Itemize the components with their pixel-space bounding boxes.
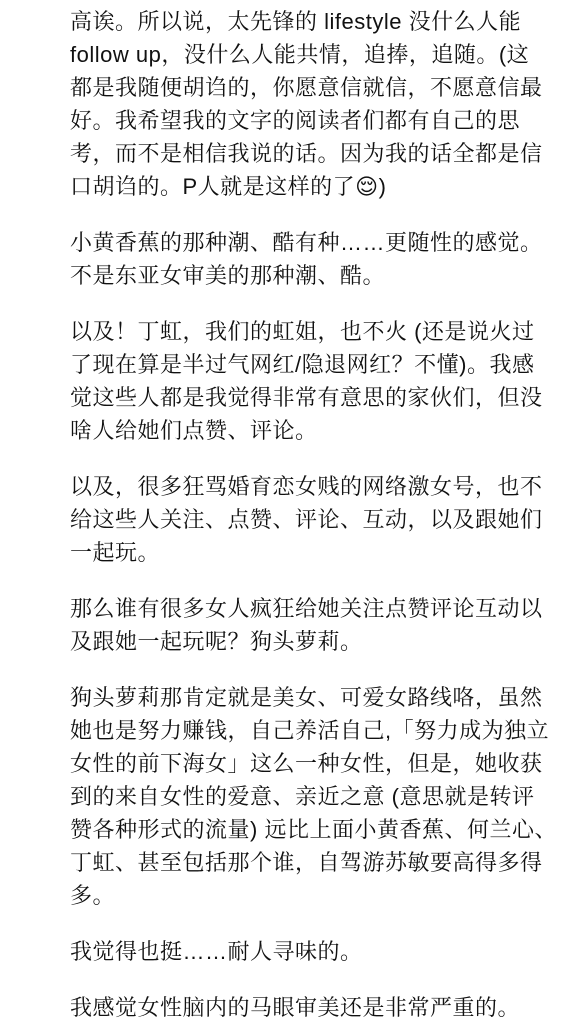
text-line: 狗头萝莉那肯定就是美女、可爱女路线咯，虽然: [70, 681, 567, 714]
paragraph: 以及！丁虹，我们的虹姐，也不火 (还是说火过了现在算是半过气网红/隐退网红？不懂…: [70, 315, 567, 447]
text-line: 一起玩。: [70, 536, 567, 569]
text-line: 不是东亚女审美的那种潮、酷。: [70, 259, 567, 292]
text-line: 都是我随便胡诌的，你愿意信就信，不愿意信最: [70, 71, 567, 104]
text-line: 啥人给她们点赞、评论。: [70, 414, 567, 447]
text-line: 及跟她一起玩呢？狗头萝莉。: [70, 625, 567, 658]
text-line: 那么谁有很多女人疯狂给她关注点赞评论互动以: [70, 592, 567, 625]
text-line: 给这些人关注、点赞、评论、互动，以及跟她们: [70, 503, 567, 536]
text-line: 女性的前下海女」这么一种女性，但是，她收获: [70, 747, 567, 780]
text-line: 以及！丁虹，我们的虹姐，也不火 (还是说火过: [70, 315, 567, 348]
paragraph: 高诶。所以说，太先锋的 lifestyle 没什么人能follow up，没什么…: [70, 5, 567, 203]
text-line: 我感觉女性脑内的马眼审美还是非常严重的。: [70, 991, 567, 1024]
paragraph: 以及，很多狂骂婚育恋女贱的网络激女号，也不给这些人关注、点赞、评论、互动，以及跟…: [70, 470, 567, 569]
text-line: 她也是努力赚钱，自己养活自己,「努力成为独立: [70, 714, 567, 747]
text-line: follow up，没什么人能共情，追捧，追随。(这: [70, 38, 567, 71]
text-line: 觉这些人都是我觉得非常有意思的家伙们，但没: [70, 381, 567, 414]
paragraph: 小黄香蕉的那种潮、酷有种……更随性的感觉。不是东亚女审美的那种潮、酷。: [70, 226, 567, 292]
paragraph: 狗头萝莉那肯定就是美女、可爱女路线咯，虽然她也是努力赚钱，自己养活自己,「努力成…: [70, 681, 567, 912]
text-line: 赞各种形式的流量) 远比上面小黄香蕉、何兰心、: [70, 813, 567, 846]
text-line: 小黄香蕉的那种潮、酷有种……更随性的感觉。: [70, 226, 567, 259]
text-line: 到的来自女性的爱意、亲近之意 (意思就是转评: [70, 780, 567, 813]
text-line: 丁虹、甚至包括那个谁，自驾游苏敏要高得多得: [70, 846, 567, 879]
text-line: 考，而不是相信我说的话。因为我的话全都是信: [70, 137, 567, 170]
text-line: 多。: [70, 879, 567, 912]
paragraph: 那么谁有很多女人疯狂给她关注点赞评论互动以及跟她一起玩呢？狗头萝莉。: [70, 592, 567, 658]
text-line: 以及，很多狂骂婚育恋女贱的网络激女号，也不: [70, 470, 567, 503]
text-line: 了现在算是半过气网红/隐退网红？不懂)。我感: [70, 348, 567, 381]
text-line: 口胡诌的。P人就是这样的了😌): [70, 170, 567, 203]
text-line: 好。我希望我的文字的阅读者们都有自己的思: [70, 104, 567, 137]
paragraph: 我觉得也挺……耐人寻味的。: [70, 935, 567, 968]
paragraph: 我感觉女性脑内的马眼审美还是非常严重的。: [70, 991, 567, 1024]
article-body: 高诶。所以说，太先锋的 lifestyle 没什么人能follow up，没什么…: [0, 0, 569, 1024]
text-line: 高诶。所以说，太先锋的 lifestyle 没什么人能: [70, 5, 567, 38]
text-line: 我觉得也挺……耐人寻味的。: [70, 935, 567, 968]
